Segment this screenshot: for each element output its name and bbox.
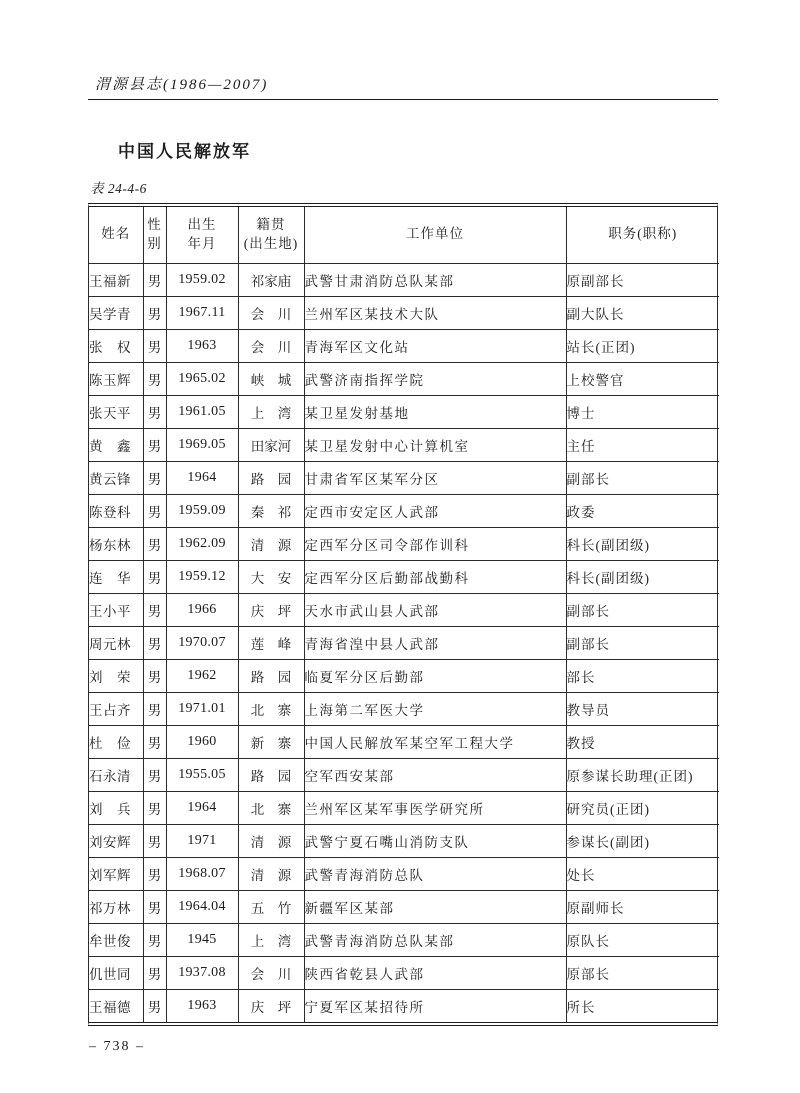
cell-origin: 清 源 — [238, 824, 304, 857]
cell-position: 教导员 — [566, 692, 719, 725]
table-row: 周元林 男 1970.07 莲 峰 青海省湟中县人武部 副部长 — [89, 626, 719, 659]
cell-work-unit: 武警甘肃消防总队某部 — [304, 263, 566, 296]
cell-work-unit: 上海第二军医大学 — [304, 692, 566, 725]
cell-work-unit: 甘肃省军区某军分区 — [304, 461, 566, 494]
cell-gender: 男 — [143, 461, 166, 494]
cell-position: 副部长 — [566, 626, 719, 659]
cell-origin: 峡 城 — [238, 362, 304, 395]
cell-name: 牟世俊 — [89, 923, 143, 956]
cell-work-unit: 新疆军区某部 — [304, 890, 566, 923]
cell-birth-date: 1965.02 — [166, 362, 238, 395]
cell-name: 王占齐 — [89, 692, 143, 725]
table-frame: 姓名 性 别 出生 年月 籍贯 (出生地) 工作单位 — [88, 203, 718, 1026]
cell-gender: 男 — [143, 725, 166, 758]
page-number: – 738 – — [89, 1039, 718, 1055]
cell-work-unit: 陕西省乾县人武部 — [304, 956, 566, 989]
table-row: 杨东林 男 1962.09 清 源 定西军分区司令部作训科 科长(副团级) — [89, 527, 719, 560]
table-row: 石永清 男 1955.05 路 园 空军西安某部 原参谋长助理(正团) — [89, 758, 719, 791]
cell-gender: 男 — [143, 956, 166, 989]
cell-gender: 男 — [143, 857, 166, 890]
cell-position: 教授 — [566, 725, 719, 758]
cell-name: 周元林 — [89, 626, 143, 659]
cell-gender: 男 — [143, 362, 166, 395]
table-row: 王福德 男 1963 庆 坪 宁夏军区某招待所 所长 — [89, 989, 719, 1022]
cell-work-unit: 某卫星发射中心计算机室 — [304, 428, 566, 461]
table-header-row: 姓名 性 别 出生 年月 籍贯 (出生地) 工作单位 — [89, 207, 719, 263]
table-row: 王小平 男 1966 庆 坪 天水市武山县人武部 副部长 — [89, 593, 719, 626]
cell-position: 政委 — [566, 494, 719, 527]
cell-name: 张 权 — [89, 329, 143, 362]
cell-position: 站长(正团) — [566, 329, 719, 362]
cell-birth-date: 1962 — [166, 659, 238, 692]
cell-name: 王福德 — [89, 989, 143, 1022]
cell-position: 博士 — [566, 395, 719, 428]
cell-name: 祁万林 — [89, 890, 143, 923]
cell-origin: 路 园 — [238, 758, 304, 791]
table-row: 张天平 男 1961.05 上 湾 某卫星发射基地 博士 — [89, 395, 719, 428]
cell-work-unit: 天水市武山县人武部 — [304, 593, 566, 626]
header-gender-line1: 性 — [144, 216, 166, 235]
section-title: 中国人民解放军 — [118, 137, 718, 162]
cell-birth-date: 1971 — [166, 824, 238, 857]
cell-origin: 莲 峰 — [238, 626, 304, 659]
cell-gender: 男 — [143, 923, 166, 956]
cell-gender: 男 — [143, 890, 166, 923]
cell-origin: 庆 坪 — [238, 593, 304, 626]
header-work-unit: 工作单位 — [304, 207, 566, 263]
cell-origin: 路 园 — [238, 461, 304, 494]
cell-work-unit: 兰州军区某技术大队 — [304, 296, 566, 329]
cell-gender: 男 — [143, 494, 166, 527]
table-row: 祁万林 男 1964.04 五 竹 新疆军区某部 原副师长 — [89, 890, 719, 923]
table-row: 牟世俊 男 1945 上 湾 武警青海消防总队某部 原队长 — [89, 923, 719, 956]
running-head: 渭源县志(1986—2007) — [88, 0, 718, 94]
cell-position: 原副师长 — [566, 890, 719, 923]
cell-name: 张天平 — [89, 395, 143, 428]
cell-gender: 男 — [143, 428, 166, 461]
header-origin: 籍贯 (出生地) — [238, 207, 304, 263]
cell-gender: 男 — [143, 989, 166, 1022]
cell-work-unit: 武警宁夏石嘴山消防支队 — [304, 824, 566, 857]
cell-gender: 男 — [143, 626, 166, 659]
cell-origin: 上 湾 — [238, 923, 304, 956]
cell-birth-date: 1945 — [166, 923, 238, 956]
cell-name: 黄 鑫 — [89, 428, 143, 461]
cell-birth-date: 1964 — [166, 791, 238, 824]
cell-position: 研究员(正团) — [566, 791, 719, 824]
table-row: 王占齐 男 1971.01 北 寨 上海第二军医大学 教导员 — [89, 692, 719, 725]
cell-birth-date: 1955.05 — [166, 758, 238, 791]
cell-gender: 男 — [143, 527, 166, 560]
cell-gender: 男 — [143, 758, 166, 791]
cell-position: 原副部长 — [566, 263, 719, 296]
cell-gender: 男 — [143, 296, 166, 329]
cell-gender: 男 — [143, 593, 166, 626]
cell-name: 黄云锋 — [89, 461, 143, 494]
cell-name: 刘安辉 — [89, 824, 143, 857]
cell-birth-date: 1964.04 — [166, 890, 238, 923]
cell-origin: 会 川 — [238, 956, 304, 989]
cell-name: 吴学青 — [89, 296, 143, 329]
cell-name: 王小平 — [89, 593, 143, 626]
cell-birth-date: 1970.07 — [166, 626, 238, 659]
table-row: 王福新 男 1959.02 祁家庙 武警甘肃消防总队某部 原副部长 — [89, 263, 719, 296]
header-birth-line1: 出生 — [167, 216, 238, 235]
table-body: 王福新 男 1959.02 祁家庙 武警甘肃消防总队某部 原副部长 吴学青 男 … — [89, 263, 719, 1022]
cell-work-unit: 临夏军分区后勤部 — [304, 659, 566, 692]
cell-gender: 男 — [143, 824, 166, 857]
cell-name: 仉世同 — [89, 956, 143, 989]
cell-position: 上校警官 — [566, 362, 719, 395]
cell-birth-date: 1959.09 — [166, 494, 238, 527]
cell-name: 杨东林 — [89, 527, 143, 560]
table-row: 连 华 男 1959.12 大 安 定西军分区后勤部战勤科 科长(副团级) — [89, 560, 719, 593]
cell-origin: 北 寨 — [238, 692, 304, 725]
cell-name: 刘 荣 — [89, 659, 143, 692]
table-row: 陈玉辉 男 1965.02 峡 城 武警济南指挥学院 上校警官 — [89, 362, 719, 395]
cell-position: 副大队长 — [566, 296, 719, 329]
cell-origin: 清 源 — [238, 857, 304, 890]
cell-work-unit: 定西市安定区人武部 — [304, 494, 566, 527]
cell-name: 石永清 — [89, 758, 143, 791]
cell-origin: 五 竹 — [238, 890, 304, 923]
cell-origin: 会 川 — [238, 296, 304, 329]
cell-birth-date: 1937.08 — [166, 956, 238, 989]
cell-origin: 祁家庙 — [238, 263, 304, 296]
cell-work-unit: 武警济南指挥学院 — [304, 362, 566, 395]
cell-birth-date: 1967.11 — [166, 296, 238, 329]
cell-position: 原参谋长助理(正团) — [566, 758, 719, 791]
table-row: 杜 俭 男 1960 新 寨 中国人民解放军某空军工程大学 教授 — [89, 725, 719, 758]
cell-birth-date: 1971.01 — [166, 692, 238, 725]
header-birth-date: 出生 年月 — [166, 207, 238, 263]
cell-birth-date: 1961.05 — [166, 395, 238, 428]
cell-birth-date: 1966 — [166, 593, 238, 626]
cell-work-unit: 武警青海消防总队 — [304, 857, 566, 890]
cell-work-unit: 青海军区文化站 — [304, 329, 566, 362]
header-rule — [88, 99, 718, 100]
header-position: 职务(职称) — [566, 207, 719, 263]
cell-birth-date: 1960 — [166, 725, 238, 758]
cell-work-unit: 空军西安某部 — [304, 758, 566, 791]
cell-work-unit: 宁夏军区某招待所 — [304, 989, 566, 1022]
cell-work-unit: 定西军分区司令部作训科 — [304, 527, 566, 560]
cell-work-unit: 定西军分区后勤部战勤科 — [304, 560, 566, 593]
cell-position: 原部长 — [566, 956, 719, 989]
page: { "page": { "running_head": "渭源县志(1986—2… — [0, 0, 800, 1093]
cell-origin: 北 寨 — [238, 791, 304, 824]
cell-name: 刘 兵 — [89, 791, 143, 824]
table-row: 吴学青 男 1967.11 会 川 兰州军区某技术大队 副大队长 — [89, 296, 719, 329]
cell-work-unit: 青海省湟中县人武部 — [304, 626, 566, 659]
cell-birth-date: 1963 — [166, 989, 238, 1022]
cell-position: 主任 — [566, 428, 719, 461]
cell-origin: 路 园 — [238, 659, 304, 692]
cell-birth-date: 1963 — [166, 329, 238, 362]
cell-work-unit: 兰州军区某军事医学研究所 — [304, 791, 566, 824]
cell-position: 科长(副团级) — [566, 527, 719, 560]
cell-origin: 上 湾 — [238, 395, 304, 428]
cell-position: 所长 — [566, 989, 719, 1022]
cell-name: 连 华 — [89, 560, 143, 593]
table-header: 姓名 性 别 出生 年月 籍贯 (出生地) 工作单位 — [89, 207, 719, 263]
header-gender-line2: 别 — [144, 235, 166, 254]
cell-position: 参谋长(副团) — [566, 824, 719, 857]
cell-gender: 男 — [143, 692, 166, 725]
cell-birth-date: 1968.07 — [166, 857, 238, 890]
cell-work-unit: 武警青海消防总队某部 — [304, 923, 566, 956]
cell-name: 王福新 — [89, 263, 143, 296]
cell-gender: 男 — [143, 791, 166, 824]
header-name: 姓名 — [89, 207, 143, 263]
table-row: 陈登科 男 1959.09 秦 祁 定西市安定区人武部 政委 — [89, 494, 719, 527]
cell-position: 科长(副团级) — [566, 560, 719, 593]
cell-position: 部长 — [566, 659, 719, 692]
table-row: 张 权 男 1963 会 川 青海军区文化站 站长(正团) — [89, 329, 719, 362]
cell-birth-date: 1969.05 — [166, 428, 238, 461]
table-row: 刘 荣 男 1962 路 园 临夏军分区后勤部 部长 — [89, 659, 719, 692]
cell-gender: 男 — [143, 560, 166, 593]
cell-origin: 清 源 — [238, 527, 304, 560]
cell-birth-date: 1964 — [166, 461, 238, 494]
cell-gender: 男 — [143, 659, 166, 692]
header-gender: 性 别 — [143, 207, 166, 263]
header-position-label: 职务(职称) — [608, 226, 677, 241]
cell-name: 刘军辉 — [89, 857, 143, 890]
cell-gender: 男 — [143, 329, 166, 362]
cell-work-unit: 中国人民解放军某空军工程大学 — [304, 725, 566, 758]
table-row: 黄 鑫 男 1969.05 田家河 某卫星发射中心计算机室 主任 — [89, 428, 719, 461]
table-row: 刘 兵 男 1964 北 寨 兰州军区某军事医学研究所 研究员(正团) — [89, 791, 719, 824]
table-label: 表 24-4-6 — [90, 177, 718, 197]
cell-position: 原队长 — [566, 923, 719, 956]
cell-origin: 田家河 — [238, 428, 304, 461]
cell-position: 副部长 — [566, 593, 719, 626]
cell-origin: 秦 祁 — [238, 494, 304, 527]
table-row: 仉世同 男 1937.08 会 川 陕西省乾县人武部 原部长 — [89, 956, 719, 989]
cell-position: 副部长 — [566, 461, 719, 494]
header-work-unit-label: 工作单位 — [406, 226, 464, 241]
cell-origin: 大 安 — [238, 560, 304, 593]
header-birth-line2: 年月 — [167, 235, 238, 254]
header-origin-line1: 籍贯 — [239, 216, 304, 235]
cell-work-unit: 某卫星发射基地 — [304, 395, 566, 428]
cell-name: 陈登科 — [89, 494, 143, 527]
table-row: 黄云锋 男 1964 路 园 甘肃省军区某军分区 副部长 — [89, 461, 719, 494]
cell-gender: 男 — [143, 395, 166, 428]
cell-gender: 男 — [143, 263, 166, 296]
personnel-table: 姓名 性 别 出生 年月 籍贯 (出生地) 工作单位 — [89, 207, 719, 1022]
cell-name: 陈玉辉 — [89, 362, 143, 395]
cell-birth-date: 1962.09 — [166, 527, 238, 560]
cell-origin: 新 寨 — [238, 725, 304, 758]
table-row: 刘军辉 男 1968.07 清 源 武警青海消防总队 处长 — [89, 857, 719, 890]
cell-name: 杜 俭 — [89, 725, 143, 758]
header-name-label: 姓名 — [101, 226, 130, 241]
header-origin-line2: (出生地) — [239, 235, 304, 254]
table-row: 刘安辉 男 1971 清 源 武警宁夏石嘴山消防支队 参谋长(副团) — [89, 824, 719, 857]
cell-position: 处长 — [566, 857, 719, 890]
cell-birth-date: 1959.02 — [166, 263, 238, 296]
cell-origin: 会 川 — [238, 329, 304, 362]
cell-origin: 庆 坪 — [238, 989, 304, 1022]
cell-birth-date: 1959.12 — [166, 560, 238, 593]
page-content: 渭源县志(1986—2007) 中国人民解放军 表 24-4-6 姓名 性 — [88, 0, 718, 1055]
